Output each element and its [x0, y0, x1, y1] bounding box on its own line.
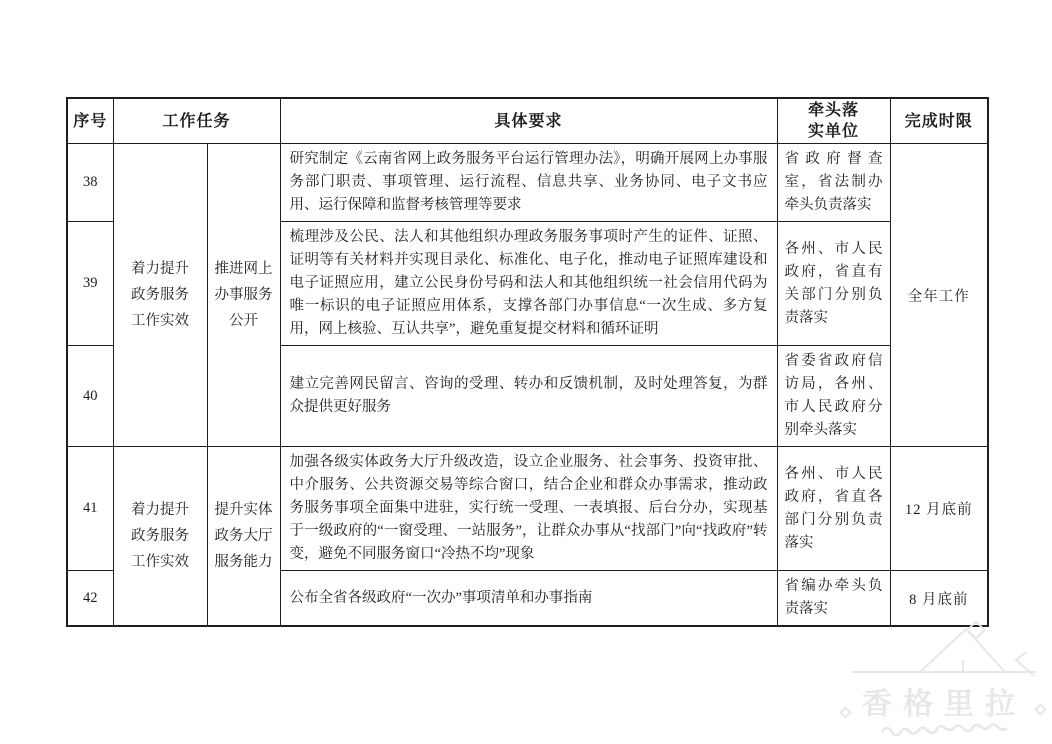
- table-header-row: 序号 工作任务 具体要求 牵头落 实单位 完成时限: [67, 98, 988, 144]
- task-main-cell: 着力提升 政务服务 工作实效: [113, 447, 207, 627]
- deadline-cell: 8 月底前: [890, 571, 988, 627]
- seq-cell: 40: [67, 346, 113, 447]
- deadline-cell: 12 月底前: [890, 447, 988, 571]
- task-main-cell: 着力提升 政务服务 工作实效: [113, 144, 207, 447]
- lead-unit-cell: 省编办牵头负责落实: [777, 571, 890, 627]
- task-sub-cell: 提升实体 政务大厅 服务能力: [207, 447, 280, 627]
- seq-cell: 41: [67, 447, 113, 571]
- header-seq: 序号: [67, 98, 113, 144]
- seq-cell: 39: [67, 222, 113, 346]
- table-row: 41 着力提升 政务服务 工作实效 提升实体 政务大厅 服务能力 加强各级实体政…: [67, 447, 988, 571]
- table-row: 38 着力提升 政务服务 工作实效 推进网上 办事服务 公开 研究制定《云南省网…: [67, 144, 988, 222]
- requirement-cell: 建立完善网民留言、咨询的受理、转办和反馈机制，及时处理答复，为群众提供更好服务: [280, 346, 777, 447]
- requirement-cell: 公布全省各级政府“一次办”事项清单和办事指南: [280, 571, 777, 627]
- header-lead-unit: 牵头落 实单位: [777, 98, 890, 144]
- lead-unit-cell: 省委省政府信访局，各州、市人民政府分别牵头落实: [777, 346, 890, 447]
- document-page: 序号 工作任务 具体要求 牵头落 实单位 完成时限 38 着力提升 政务服务 工…: [0, 0, 1052, 744]
- header-requirement: 具体要求: [280, 98, 777, 144]
- lead-unit-cell: 各州、市人民政府，省直各部门分别负责落实: [777, 447, 890, 571]
- mountain-logo-icon: 香格里拉: [838, 608, 1050, 744]
- seq-cell: 38: [67, 144, 113, 222]
- seq-cell: 42: [67, 571, 113, 627]
- header-task: 工作任务: [113, 98, 280, 144]
- shangri-la-watermark: 香格里拉: [838, 608, 1050, 744]
- work-task-table-container: 序号 工作任务 具体要求 牵头落 实单位 完成时限 38 着力提升 政务服务 工…: [66, 97, 989, 627]
- lead-unit-cell: 各州、市人民政府，省直有关部门分别负责落实: [777, 222, 890, 346]
- header-deadline: 完成时限: [890, 98, 988, 144]
- deadline-cell: 全年工作: [890, 144, 988, 447]
- work-task-table: 序号 工作任务 具体要求 牵头落 实单位 完成时限 38 着力提升 政务服务 工…: [66, 97, 989, 627]
- requirement-cell: 梳理涉及公民、法人和其他组织办理政务服务事项时产生的证件、证照、证明等有关材料并…: [280, 222, 777, 346]
- requirement-cell: 加强各级实体政务大厅升级改造，设立企业服务、社会事务、投资审批、中介服务、公共资…: [280, 447, 777, 571]
- watermark-text: 香格里拉: [862, 688, 1026, 721]
- lead-unit-cell: 省政府督查室，省法制办牵头负责落实: [777, 144, 890, 222]
- task-sub-cell: 推进网上 办事服务 公开: [207, 144, 280, 447]
- requirement-cell: 研究制定《云南省网上政务服务平台运行管理办法》，明确开展网上办事服务部门职责、事…: [280, 144, 777, 222]
